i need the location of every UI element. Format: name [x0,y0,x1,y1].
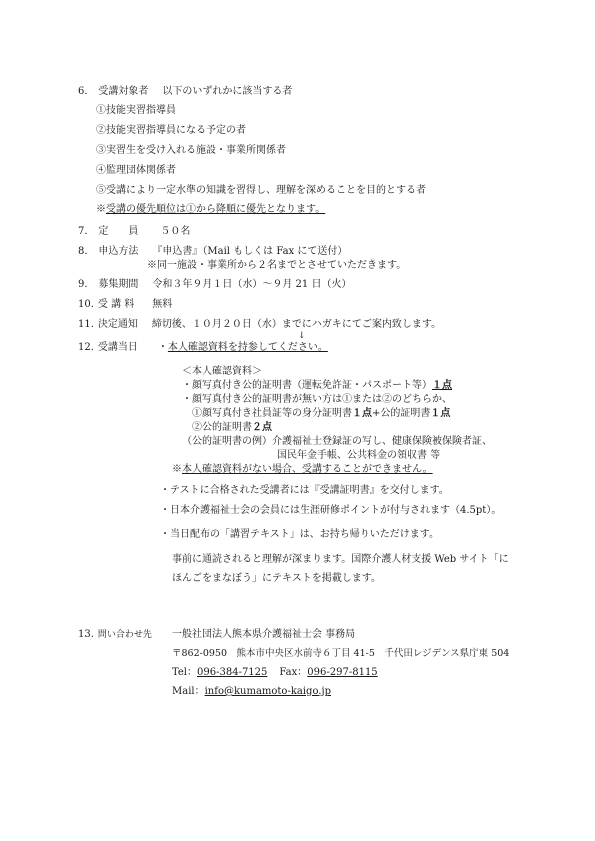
note-mark: ※ [172,464,182,475]
textbook-para-1: 事前に通読されると理解が深まります。国際介護人材支援 Web サイト「に [172,553,509,566]
section-number: 12. [78,342,94,353]
id-doc-option-2: ・顔写真付き公的証明書が無い方は①または②のどちらか、 [182,393,452,406]
tel-label: Tel： [172,667,197,678]
example-text: 介護福祉士登録証の写し、健康保険被保険者証、 [272,436,492,447]
section-11: 11.決定通知締切後、１０月２０日（水）までにハガキにてご案内致します。 [78,318,441,331]
section-label: 定 員 [98,226,138,237]
section-label: 受講当日 [98,342,138,353]
section-number: 9． [78,279,94,290]
id-doc-count: １点 [430,408,450,419]
section-7: 7．定 員５０名 [78,225,190,238]
id-doc-text: ②公的証明書 [192,422,252,433]
section-text: 以下のいずれかに該当する者 [162,86,292,97]
eligibility-item: ⑤受講により一定水準の知識を習得し、理解を深めることを目的とする者 [96,184,426,197]
id-doc-option-2a: ①顔写真付き社員証等の身分証明書１点+公的証明書１点 [192,407,450,420]
example-label: （公的証明書の例） [182,436,272,447]
id-doc-text: ・顔写真付き公的証明書（運転免許証・パスポート等） [182,380,432,391]
priority-note: ※受講の優先順位は①から降順に優先となります。 [96,203,325,216]
section-label: 決定通知 [98,319,138,330]
section-12: 12.受講当日・本人確認資料を持参してください。 [78,341,328,354]
section-6-heading: 6．受講対象者以下のいずれかに該当する者 [78,85,292,98]
id-docs-title: ＜本人確認資料＞ [182,365,262,378]
section-label: 受 講 料 [98,299,134,310]
section-number: 10. [78,299,94,310]
textbook-para-2: ほんごをまなぼう」にテキストを掲載します。 [172,572,381,585]
eligibility-item: ④監理団体関係者 [96,164,176,177]
notification-text: 締切後、１０月２０日（水）までにハガキにてご案内致します。 [152,319,441,330]
id-doc-text: +公的証明書 [372,408,430,419]
mail-link[interactable]: info@kumamoto-kaigo.jp [205,686,331,697]
id-doc-option-1: ・顔写真付き公的証明書（運転免許証・パスポート等）１点 [182,379,452,392]
section-number: 13. [78,629,94,640]
section-number: 8． [78,246,94,257]
priority-note-text: 受講の優先順位は①から降順に優先となります。 [106,204,325,215]
capacity-value: ５０名 [160,226,190,237]
section-8: 8．申込方法『申込書』（Mail もしくは Fax にて送付） [78,245,347,258]
bullet: ・ [158,342,168,353]
fax-label: Fax： [279,667,307,678]
contact-mail: Mail：info@kumamoto-kaigo.jp [172,685,331,698]
fax-number[interactable]: 096-297-8115 [307,667,377,678]
section-label: 申込方法 [98,246,138,257]
id-doc-count: １点 [352,408,372,419]
section-label: 募集期間 [98,279,138,290]
id-doc-count: １点 [432,380,452,391]
section-13: 13.問い合わせ先 [78,628,152,642]
contact-address: 〒862-0950 熊本市中央区水前寺６丁目 41-5 千代田レジデンス県庁東 … [172,647,509,660]
section-number: 7． [78,226,94,237]
note-mark: ※ [96,204,106,215]
id-doc-count: ２点 [252,422,272,433]
contact-org: 一般社団法人熊本県介護福祉士会 事務局 [172,628,355,641]
section-10: 10.受 講 料無料 [78,298,172,311]
id-warning-text: 本人確認資料がない場合、受講することができません。 [182,464,433,475]
id-doc-text: ①顔写真付き社員証等の身分証明書 [192,408,352,419]
contact-phone-fax: Tel：096-384-7125Fax：096-297-8115 [172,666,378,679]
id-warning: ※本人確認資料がない場合、受講することができません。 [172,463,433,476]
section-number: 11. [78,319,94,330]
example-line-1: （公的証明書の例）介護福祉士登録証の写し、健康保険被保険者証、 [182,435,492,448]
mail-label: Mail： [172,686,205,697]
recruitment-period: 令和３年９月１日（水）～９月 21 日（火） [152,279,351,290]
fee-value: 無料 [152,299,172,310]
section-label: 受講対象者 [98,86,148,97]
eligibility-item: ③実習生を受け入れる施設・事業所関係者 [96,144,286,157]
id-doc-option-2b: ②公的証明書２点 [192,421,272,434]
points-note: ・日本介護福祉士会の会員には生涯研修ポイントが付与されます（4.5pt）。 [160,504,501,517]
application-method: 『申込書』（Mail もしくは Fax にて送付） [152,246,347,257]
eligibility-item: ①技能実習指導員 [96,104,176,117]
section-number: 6． [78,86,94,97]
section-label: 問い合わせ先 [98,630,152,640]
tel-number[interactable]: 096-384-7125 [197,667,267,678]
eligibility-item: ②技能実習指導員になる予定の者 [96,124,246,137]
certificate-note: ・テストに合格された受講者には『受講証明書』を交付します。 [160,484,449,497]
application-note: ※同一施設・事業所から２名までとさせていただきます。 [147,259,406,272]
textbook-note: ・当日配布の「講習テキスト」は、お持ち帰りいただけます。 [160,528,439,541]
example-line-2: 国民年金手帳、公共料金の領収書 等 [277,449,440,462]
bring-id-text: 本人確認資料を持参してください。 [168,342,328,353]
section-9: 9．募集期間令和３年９月１日（水）～９月 21 日（火） [78,278,351,291]
